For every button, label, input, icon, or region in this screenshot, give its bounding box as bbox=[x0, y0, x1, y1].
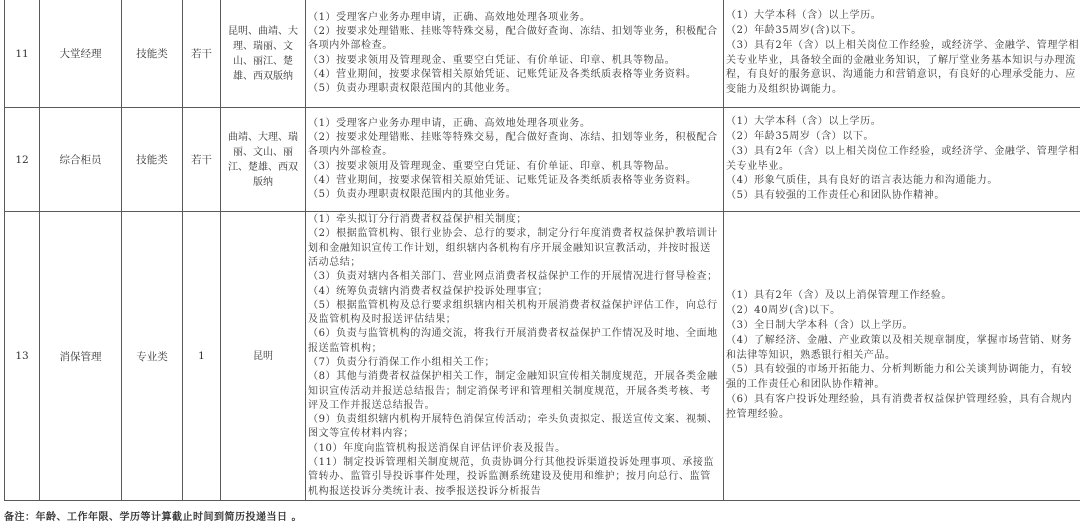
duty-item: （2）根据监管机构、银行业协会、总行的要求，制定分行年度消费者权益保护教培训计划… bbox=[308, 227, 721, 270]
duty-item: （1）牵头拟订分行消费者权益保护相关制度； bbox=[308, 213, 721, 227]
duty-item: （3）按要求领用及管理现金、重要空白凭证、有价单证、印章、机具等物品。 bbox=[308, 160, 721, 174]
job-requirements: （1）大学本科（含）以上学历。 （2）年龄35周岁(含)以下。 （3）具有2年（… bbox=[724, 0, 1080, 108]
headcount: 若干 bbox=[183, 108, 221, 212]
position-name: 综合柜员 bbox=[40, 108, 122, 212]
row-number: 11 bbox=[5, 0, 40, 108]
table-row: 13 消保管理 专业类 1 昆明 （1）牵头拟订分行消费者权益保护相关制度； （… bbox=[5, 212, 1080, 501]
requirement-item: （4）形象气质佳，具有良好的语言表达能力和沟通能力。 bbox=[726, 174, 1080, 189]
duty-item: （5）根据监管机构及总行要求组织辖内相关机构开展消费者权益保护评估工作，向总行及… bbox=[308, 299, 721, 328]
duty-item: （3）负责对辖内各相关部门、营业网点消费者权益保护工作的开展情况进行督导检查； bbox=[308, 270, 721, 284]
duty-item: （8）其他与消费者权益保护相关工作，制定金融知识宣传相关制度规范，开展各类金融知… bbox=[308, 370, 721, 413]
duty-item: （4）营业期间，按要求保管相关原始凭证、记账凭证及各类纸质表格等业务资料。 bbox=[308, 68, 721, 82]
job-postings-table: 11 大堂经理 技能类 若干 昆明、曲靖、大理、瑞丽、文山、丽江、楚雄、西双版纳… bbox=[4, 0, 1080, 501]
duty-item: （9）负责组织辖内机构开展特色消保宣传活动；牵头负责拟定、报送宣传文案、视频、图… bbox=[308, 413, 721, 442]
requirement-item: （2）年龄35周岁（含）以下。 bbox=[726, 130, 1080, 145]
duty-item: （11）制定投诉管理相关制度规范，负责协调分行其他投诉渠道投诉处理事项、承接监管… bbox=[308, 456, 721, 499]
position-name: 大堂经理 bbox=[40, 0, 122, 108]
requirement-item: （2）年龄35周岁(含)以下。 bbox=[726, 24, 1080, 39]
duty-item: （3）按要求领用及管理现金、重要空白凭证、有价单证、印章、机具等物品。 bbox=[308, 54, 721, 68]
job-requirements: （1）大学本科（含）以上学历。 （2）年龄35周岁（含）以下。 （3）具有2年（… bbox=[724, 108, 1080, 212]
headcount: 1 bbox=[183, 212, 221, 501]
requirement-item: （6）具有客户投诉处理经验，具有消费者权益保护管理经验，具有合规内控管理经验。 bbox=[726, 393, 1080, 423]
position-name: 消保管理 bbox=[40, 212, 122, 501]
duty-item: （4）营业期间，按要求保管相关原始凭证、记账凭证及各类纸质表格等业务资料。 bbox=[308, 174, 721, 188]
duty-item: （5）负责办理职责权限范围内的其他业务。 bbox=[308, 82, 721, 96]
requirement-item: （1）具有2年（含）及以上消保管理工作经验。 bbox=[726, 289, 1080, 304]
requirement-item: （1）大学本科（含）以上学历。 bbox=[726, 9, 1080, 24]
requirement-item: （3）全日制大学本科（含）以上学历。 bbox=[726, 319, 1080, 334]
duty-item: （5）负责办理职责权限范围内的其他业务。 bbox=[308, 188, 721, 202]
row-number: 12 bbox=[5, 108, 40, 212]
requirement-item: （4）了解经济、金融、产业政策以及相关规章制度，掌握市场营销、财务和法律等知识，… bbox=[726, 334, 1080, 364]
requirement-item: （2）40周岁(含)以下。 bbox=[726, 304, 1080, 319]
duty-item: （2）按要求处理错账、挂账等特殊交易，配合做好查询、冻结、扣划等业务，积极配合各… bbox=[308, 131, 721, 160]
requirement-item: （5）具有较强的工作责任心和团队协作精神。 bbox=[726, 189, 1080, 204]
duty-item: （2）按要求处理错账、挂账等特殊交易，配合做好查询、冻结、扣划等业务，积极配合各… bbox=[308, 25, 721, 54]
position-category: 技能类 bbox=[122, 108, 183, 212]
requirement-item: （3）具有2年（含）以上相关岗位工作经验，或经济学、金融学、管理学相关专业毕业，… bbox=[726, 39, 1080, 98]
position-category: 专业类 bbox=[122, 212, 183, 501]
requirement-item: （5）具有较强的市场开拓能力、分析判断能力和公关谈判协调能力，有较强的工作责任心… bbox=[726, 363, 1080, 393]
requirement-item: （3）具有2年（含）以上相关岗位工作经验，或经济学、金融学、管理学相关专业毕业。 bbox=[726, 145, 1080, 175]
table-row: 11 大堂经理 技能类 若干 昆明、曲靖、大理、瑞丽、文山、丽江、楚雄、西双版纳… bbox=[5, 0, 1080, 108]
duty-item: （1）受理客户业务办理申请，正确、高效地处理各项业务。 bbox=[308, 11, 721, 25]
job-duties: （1）受理客户业务办理申请，正确、高效地处理各项业务。 （2）按要求处理错账、挂… bbox=[306, 0, 724, 108]
headcount: 若干 bbox=[183, 0, 221, 108]
footnote-remark: 备注：年龄、工作年限、学历等计算截止时间到简历投递当日 。 bbox=[4, 508, 302, 523]
job-duties: （1）受理客户业务办理申请，正确、高效地处理各项业务。 （2）按要求处理错账、挂… bbox=[306, 108, 724, 212]
work-location: 曲靖、大理、瑞丽、文山、丽江、楚雄、西双版纳 bbox=[221, 108, 306, 212]
duty-item: （7）负责分行消保工作小组相关工作； bbox=[308, 356, 721, 370]
duty-item: （4）统筹负责辖内消费者权益保护投诉处理事宜； bbox=[308, 285, 721, 299]
position-category: 技能类 bbox=[122, 0, 183, 108]
row-number: 13 bbox=[5, 212, 40, 501]
duty-item: （6）负责与监管机构的沟通交流，将我行开展消费者权益保护工作情况及时地、全面地报… bbox=[308, 327, 721, 356]
requirement-item: （1）大学本科（含）以上学历。 bbox=[726, 115, 1080, 130]
table-row: 12 综合柜员 技能类 若干 曲靖、大理、瑞丽、文山、丽江、楚雄、西双版纳 （1… bbox=[5, 108, 1080, 212]
work-location: 昆明、曲靖、大理、瑞丽、文山、丽江、楚雄、西双版纳 bbox=[221, 0, 306, 108]
duty-item: （10）年度向监管机构报送消保自评估评价表及报告。 bbox=[308, 442, 721, 456]
work-location: 昆明 bbox=[221, 212, 306, 501]
job-duties: （1）牵头拟订分行消费者权益保护相关制度； （2）根据监管机构、银行业协会、总行… bbox=[306, 212, 724, 501]
job-requirements: （1）具有2年（含）及以上消保管理工作经验。 （2）40周岁(含)以下。 （3）… bbox=[724, 212, 1080, 501]
duty-item: （1）受理客户业务办理申请，正确、高效地处理各项业务。 bbox=[308, 117, 721, 131]
